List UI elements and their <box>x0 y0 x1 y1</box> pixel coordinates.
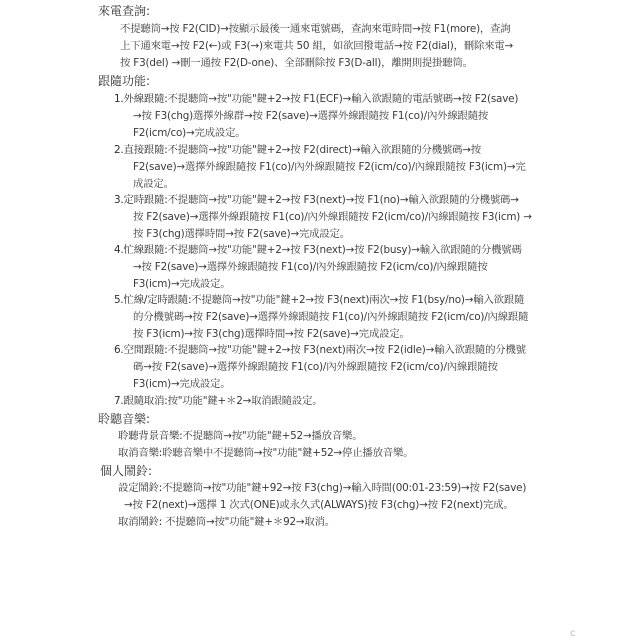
item-label: 3.定時跟隨: <box>114 194 168 206</box>
item-label: 5.忙線/定時跟隨: <box>114 294 191 306</box>
alarm-item-cancel: 取消鬧鈴: 不提聽筒→按"功能"鍵+＊92→取消。 <box>118 515 335 529</box>
forward-item-2-line-3: 成設定。 <box>133 177 174 191</box>
alarm-item-set-line-2: →按 F2(next)→選擇 1 次式(ONE)或永久式(ALWAYS)按 F3… <box>124 498 514 512</box>
document-page: 來電查詢: 不提聽筒→按 F2(CID)→按顯示最後一通來電號碼，查詢來電時間→… <box>0 0 640 640</box>
item-label: 1.外線跟隨: <box>114 93 168 105</box>
item-text: 不提聽筒→按"功能"鍵+2→按 F1(ECF)→輸入欲跟隨的電話號碼→按 F2(… <box>168 93 519 105</box>
item-label: 取消音樂: <box>118 447 162 459</box>
caller-id-line-2: 上下通來電→按 F2(←)或 F3(→)來電共 50 組，如欲回撥電話→按 F2… <box>120 39 513 53</box>
item-text: 不提聽筒→按"功能"鍵+92→按 F3(chg)→輸入時間(00:01-23:5… <box>162 482 526 494</box>
item-label: 取消鬧鈴: <box>118 516 162 528</box>
caller-id-line-3: 按 F3(del) →刪一通按 F2(D-one)、全部刪除按 F3(D-all… <box>120 56 473 70</box>
item-label: 2.直接跟隨: <box>114 144 168 156</box>
forward-item-5-line-2: 的分機號碼→按 F2(save)→選擇外線跟隨按 F1(co)/內外線跟隨按 F… <box>133 310 528 324</box>
item-text: 不提聽筒→按"功能"鍵+2→按 F3(next)兩次→按 F2(idle)→輸入… <box>168 344 526 356</box>
item-text: 不提聽筒→按"功能"鍵+2→按 F2(direct)→輸入欲跟隨的分機號碼→按 <box>168 144 481 156</box>
item-label: 4.忙線跟隨: <box>114 244 168 256</box>
forward-item-5-line-3: 按 F3(icm)→按 F3(chg)選擇時間→按 F2(save)→完成設定。 <box>133 327 410 341</box>
music-item-play: 聆聽背景音樂:不提聽筒→按"功能"鍵+52→播放音樂。 <box>118 429 362 443</box>
forward-item-6-line-2: 碼→按 F2(save)→選擇外線跟隨按 F1(co)/內外線跟隨按 F2(ic… <box>133 360 498 374</box>
section-heading-alarm: 個人鬧鈴: <box>100 464 152 478</box>
page-corner-mark: c <box>570 628 576 639</box>
forward-item-2-line-2: F2(save)→選擇外線跟隨按 F1(co)/內外線跟隨按 F2(icm/co… <box>133 160 526 174</box>
section-heading-caller-id: 來電查詢: <box>98 4 150 18</box>
forward-item-4-line-2: →按 F2(save)→選擇外線跟隨按 F1(co)/內外線跟隨按 F2(icm… <box>133 260 488 274</box>
forward-item-3-line-3: 按 F3(chg)選擇時間→按 F2(save)→完成設定。 <box>133 227 350 241</box>
item-label: 7.跟隨取消: <box>114 395 168 407</box>
section-heading-music: 聆聽音樂: <box>98 412 150 426</box>
item-text: 聆聽音樂中不提聽筒→按"功能"鍵+52→停止播放音樂。 <box>162 447 413 459</box>
item-text: 不提聽筒→按"功能"鍵+＊92→取消。 <box>162 516 335 528</box>
forward-item-2: 2.直接跟隨:不提聽筒→按"功能"鍵+2→按 F2(direct)→輸入欲跟隨的… <box>114 143 481 157</box>
item-text: 不提聽筒→按"功能"鍵+2→按 F3(next)兩次→按 F1(bsy/no)→… <box>191 294 524 306</box>
item-label: 聆聽背景音樂: <box>118 430 182 442</box>
section-heading-call-forward: 跟隨功能: <box>98 74 150 88</box>
forward-item-4-line-3: F3(icm)→完成設定。 <box>133 277 230 291</box>
alarm-item-set: 設定鬧鈴:不提聽筒→按"功能"鍵+92→按 F3(chg)→輸入時間(00:01… <box>118 481 526 495</box>
item-text: 不提聽筒→按"功能"鍵+2→按 F3(next)→按 F2(busy)→輸入欲跟… <box>168 244 522 256</box>
forward-item-1-line-2: →按 F3(chg)選擇外線群→按 F2(save)→選擇外線跟隨按 F1(co… <box>133 109 488 123</box>
forward-item-3: 3.定時跟隨:不提聽筒→按"功能"鍵+2→按 F3(next)→按 F1(no)… <box>114 193 519 207</box>
item-label: 設定鬧鈴: <box>118 482 162 494</box>
item-text: 不提聽筒→按"功能"鍵+2→按 F3(next)→按 F1(no)→輸入欲跟隨的… <box>168 194 519 206</box>
item-text: 不提聽筒→按"功能"鍵+52→播放音樂。 <box>182 430 362 442</box>
caller-id-line-1: 不提聽筒→按 F2(CID)→按顯示最後一通來電號碼，查詢來電時間→按 F1(m… <box>120 22 511 36</box>
forward-item-5: 5.忙線/定時跟隨:不提聽筒→按"功能"鍵+2→按 F3(next)兩次→按 F… <box>114 293 524 307</box>
music-item-cancel: 取消音樂:聆聽音樂中不提聽筒→按"功能"鍵+52→停止播放音樂。 <box>118 446 413 460</box>
item-label: 6.空閒跟隨: <box>114 344 168 356</box>
forward-item-4: 4.忙線跟隨:不提聽筒→按"功能"鍵+2→按 F3(next)→按 F2(bus… <box>114 243 522 257</box>
forward-item-6-line-3: F3(icm)→完成設定。 <box>133 377 230 391</box>
forward-item-1-line-3: F2(icm/co)→完成設定。 <box>133 126 245 140</box>
forward-item-3-line-2: 按 F2(save)→選擇外線跟隨按 F1(co)/內外線跟隨按 F2(icm/… <box>133 210 532 224</box>
forward-item-1: 1.外線跟隨:不提聽筒→按"功能"鍵+2→按 F1(ECF)→輸入欲跟隨的電話號… <box>114 92 518 106</box>
forward-item-7: 7.跟隨取消:按"功能"鍵+＊2→取消跟隨設定。 <box>114 394 322 408</box>
forward-item-6: 6.空閒跟隨:不提聽筒→按"功能"鍵+2→按 F3(next)兩次→按 F2(i… <box>114 343 526 357</box>
item-text: 按"功能"鍵+＊2→取消跟隨設定。 <box>168 395 323 407</box>
